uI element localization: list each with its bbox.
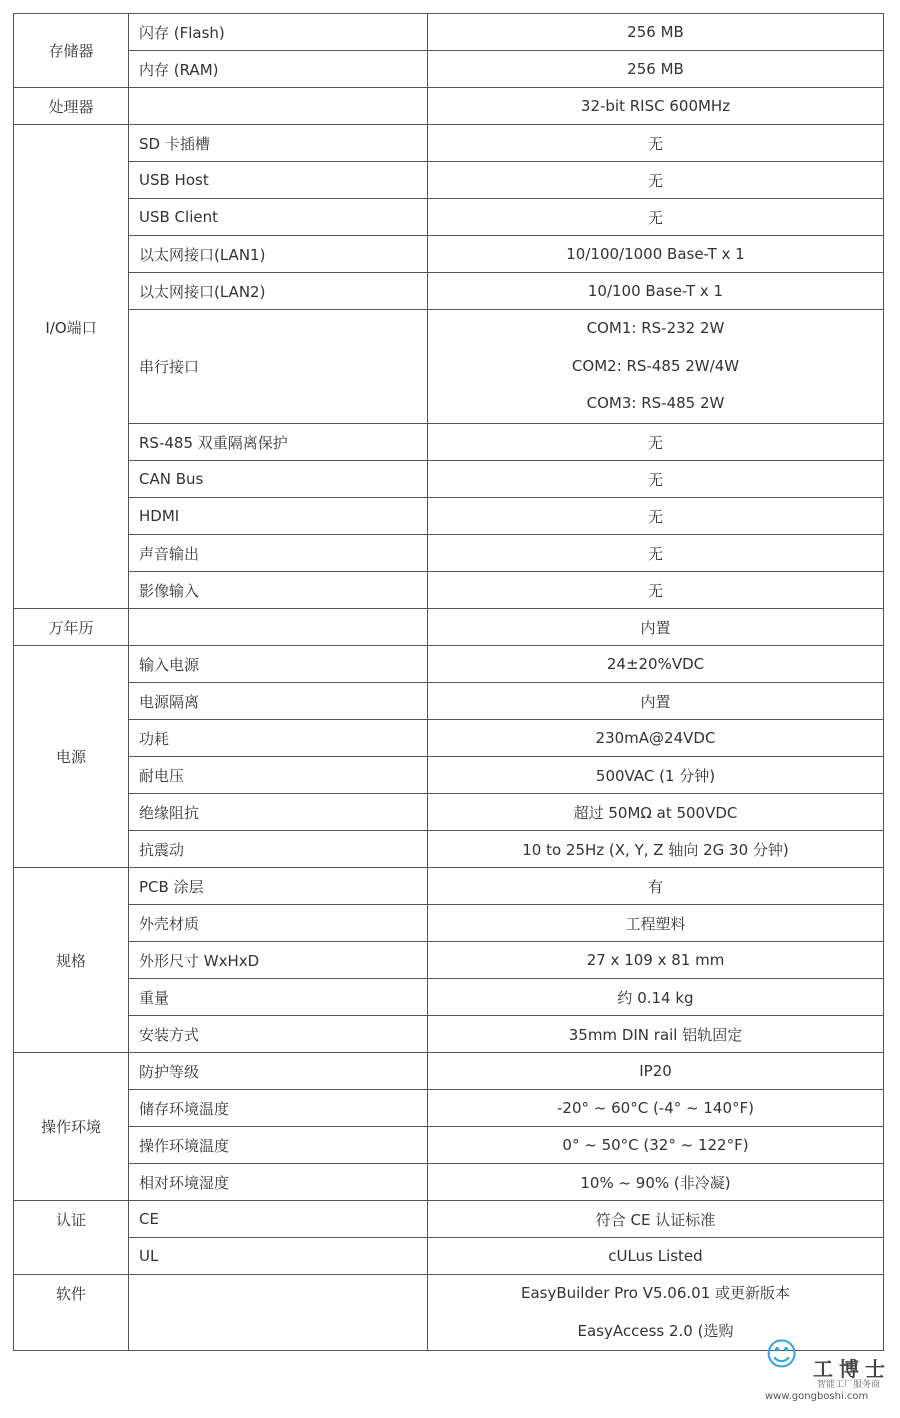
table-row: CAN Bus 无	[14, 461, 884, 498]
table-row: UL cULus Listed	[14, 1238, 884, 1275]
table-row: USB Host 无	[14, 162, 884, 199]
table-row: 内存 (RAM) 256 MB	[14, 51, 884, 88]
spec-value: 无	[428, 424, 884, 461]
spec-key	[129, 88, 428, 125]
spec-value: 27 x 109 x 81 mm	[428, 942, 884, 979]
category-certification: 认证	[14, 1201, 129, 1275]
spec-value: 符合 CE 认证标准	[428, 1201, 884, 1238]
spec-key: 串行接口	[129, 310, 428, 424]
spec-value: 10 to 25Hz (X, Y, Z 轴向 2G 30 分钟)	[428, 831, 884, 868]
spec-key: USB Host	[129, 162, 428, 199]
spec-value: 工程塑料	[428, 905, 884, 942]
spec-key: 功耗	[129, 720, 428, 757]
spec-key: 防护等级	[129, 1053, 428, 1090]
spec-value: 230mA@24VDC	[428, 720, 884, 757]
table-row: 重量 约 0.14 kg	[14, 979, 884, 1016]
spec-key: 安装方式	[129, 1016, 428, 1053]
table-row: 软件 EasyBuilder Pro V5.06.01 或更新版本 EasyAc…	[14, 1275, 884, 1351]
spec-value: 无	[428, 535, 884, 572]
spec-key: 以太网接口(LAN2)	[129, 273, 428, 310]
spec-value: 内置	[428, 609, 884, 646]
spec-value: 256 MB	[428, 51, 884, 88]
spec-value: 32-bit RISC 600MHz	[428, 88, 884, 125]
spec-value: cULus Listed	[428, 1238, 884, 1275]
table-row: 抗震动 10 to 25Hz (X, Y, Z 轴向 2G 30 分钟)	[14, 831, 884, 868]
spec-key: CAN Bus	[129, 461, 428, 498]
spec-key: 内存 (RAM)	[129, 51, 428, 88]
spec-key: SD 卡插槽	[129, 125, 428, 162]
spec-value: 10% ~ 90% (非冷凝)	[428, 1164, 884, 1201]
spec-key: 外壳材质	[129, 905, 428, 942]
spec-key: RS-485 双重隔离保护	[129, 424, 428, 461]
spec-value: 无	[428, 498, 884, 535]
table-row: 存储器 闪存 (Flash) 256 MB	[14, 14, 884, 51]
spec-value-line: COM2: RS-485 2W/4W	[428, 348, 883, 386]
table-row: 耐电压 500VAC (1 分钟)	[14, 757, 884, 794]
spec-key: 输入电源	[129, 646, 428, 683]
spec-key: 储存环境温度	[129, 1090, 428, 1127]
table-row: 电源隔离 内置	[14, 683, 884, 720]
spec-key: PCB 涂层	[129, 868, 428, 905]
category-software: 软件	[14, 1275, 129, 1351]
spec-key: 声音输出	[129, 535, 428, 572]
watermark-tagline: 智能工厂服务商	[817, 1377, 880, 1390]
spec-value-multi: COM1: RS-232 2W COM2: RS-485 2W/4W COM3:…	[428, 310, 884, 424]
spec-key: 影像输入	[129, 572, 428, 609]
table-row: USB Client 无	[14, 199, 884, 236]
table-row: 万年历 内置	[14, 609, 884, 646]
table-row: 影像输入 无	[14, 572, 884, 609]
spec-value-line: COM3: RS-485 2W	[428, 385, 883, 423]
watermark: ☺ 工博士 智能工厂服务商 www.gongboshi.com	[765, 1335, 895, 1415]
category-io-label: I/O端口	[14, 317, 128, 338]
spec-table: 存储器 闪存 (Flash) 256 MB 内存 (RAM) 256 MB 处理…	[13, 13, 884, 1351]
spec-value: 内置	[428, 683, 884, 720]
table-row: 处理器 32-bit RISC 600MHz	[14, 88, 884, 125]
spec-key	[129, 1275, 428, 1351]
table-row: 绝缘阻抗 超过 50MΩ at 500VDC	[14, 794, 884, 831]
table-row: 操作环境 防护等级 IP20	[14, 1053, 884, 1090]
mascot-logo-icon: ☺	[765, 1335, 798, 1373]
spec-value: IP20	[428, 1053, 884, 1090]
table-row: 外形尺寸 WxHxD 27 x 109 x 81 mm	[14, 942, 884, 979]
spec-key: 相对环境湿度	[129, 1164, 428, 1201]
category-spec: 规格	[14, 868, 129, 1053]
table-row: 串行接口 COM1: RS-232 2W COM2: RS-485 2W/4W …	[14, 310, 884, 424]
spec-key: 以太网接口(LAN1)	[129, 236, 428, 273]
watermark-url: www.gongboshi.com	[765, 1391, 868, 1402]
spec-key: HDMI	[129, 498, 428, 535]
spec-key: UL	[129, 1238, 428, 1275]
spec-value: 无	[428, 572, 884, 609]
table-row: 认证 CE 符合 CE 认证标准	[14, 1201, 884, 1238]
spec-key: 操作环境温度	[129, 1127, 428, 1164]
table-row: 声音输出 无	[14, 535, 884, 572]
spec-key: 外形尺寸 WxHxD	[129, 942, 428, 979]
category-power: 电源	[14, 646, 129, 868]
spec-value: 0° ~ 50°C (32° ~ 122°F)	[428, 1127, 884, 1164]
spec-key: 耐电压	[129, 757, 428, 794]
spec-key: 闪存 (Flash)	[129, 14, 428, 51]
spec-key: CE	[129, 1201, 428, 1238]
spec-value: 无	[428, 199, 884, 236]
spec-value: 约 0.14 kg	[428, 979, 884, 1016]
spec-key: 抗震动	[129, 831, 428, 868]
spec-key: 绝缘阻抗	[129, 794, 428, 831]
category-io: I/O端口	[14, 125, 129, 609]
spec-value: 有	[428, 868, 884, 905]
spec-value-line: EasyBuilder Pro V5.06.01 或更新版本	[428, 1275, 883, 1313]
spec-value: -20° ~ 60°C (-4° ~ 140°F)	[428, 1090, 884, 1127]
table-row: I/O端口 SD 卡插槽 无	[14, 125, 884, 162]
spec-value-line: COM1: RS-232 2W	[428, 310, 883, 348]
spec-key	[129, 609, 428, 646]
spec-value: 无	[428, 125, 884, 162]
spec-value: 24±20%VDC	[428, 646, 884, 683]
table-row: 以太网接口(LAN1) 10/100/1000 Base-T x 1	[14, 236, 884, 273]
category-processor: 处理器	[14, 88, 129, 125]
spec-value: 35mm DIN rail 铝轨固定	[428, 1016, 884, 1053]
spec-value: 500VAC (1 分钟)	[428, 757, 884, 794]
table-row: 操作环境温度 0° ~ 50°C (32° ~ 122°F)	[14, 1127, 884, 1164]
table-row: 相对环境湿度 10% ~ 90% (非冷凝)	[14, 1164, 884, 1201]
category-rtc: 万年历	[14, 609, 129, 646]
spec-key: USB Client	[129, 199, 428, 236]
spec-value: 无	[428, 162, 884, 199]
spec-key: 重量	[129, 979, 428, 1016]
table-row: 储存环境温度 -20° ~ 60°C (-4° ~ 140°F)	[14, 1090, 884, 1127]
spec-value: 10/100/1000 Base-T x 1	[428, 236, 884, 273]
table-row: 安装方式 35mm DIN rail 铝轨固定	[14, 1016, 884, 1053]
table-row: 外壳材质 工程塑料	[14, 905, 884, 942]
spec-value: 256 MB	[428, 14, 884, 51]
table-row: RS-485 双重隔离保护 无	[14, 424, 884, 461]
table-row: 规格 PCB 涂层 有	[14, 868, 884, 905]
spec-key: 电源隔离	[129, 683, 428, 720]
category-storage: 存储器	[14, 14, 129, 88]
table-row: 功耗 230mA@24VDC	[14, 720, 884, 757]
spec-value: 10/100 Base-T x 1	[428, 273, 884, 310]
table-row: 以太网接口(LAN2) 10/100 Base-T x 1	[14, 273, 884, 310]
category-environment: 操作环境	[14, 1053, 129, 1201]
spec-value: 无	[428, 461, 884, 498]
spec-value: 超过 50MΩ at 500VDC	[428, 794, 884, 831]
table-row: HDMI 无	[14, 498, 884, 535]
table-row: 电源 输入电源 24±20%VDC	[14, 646, 884, 683]
